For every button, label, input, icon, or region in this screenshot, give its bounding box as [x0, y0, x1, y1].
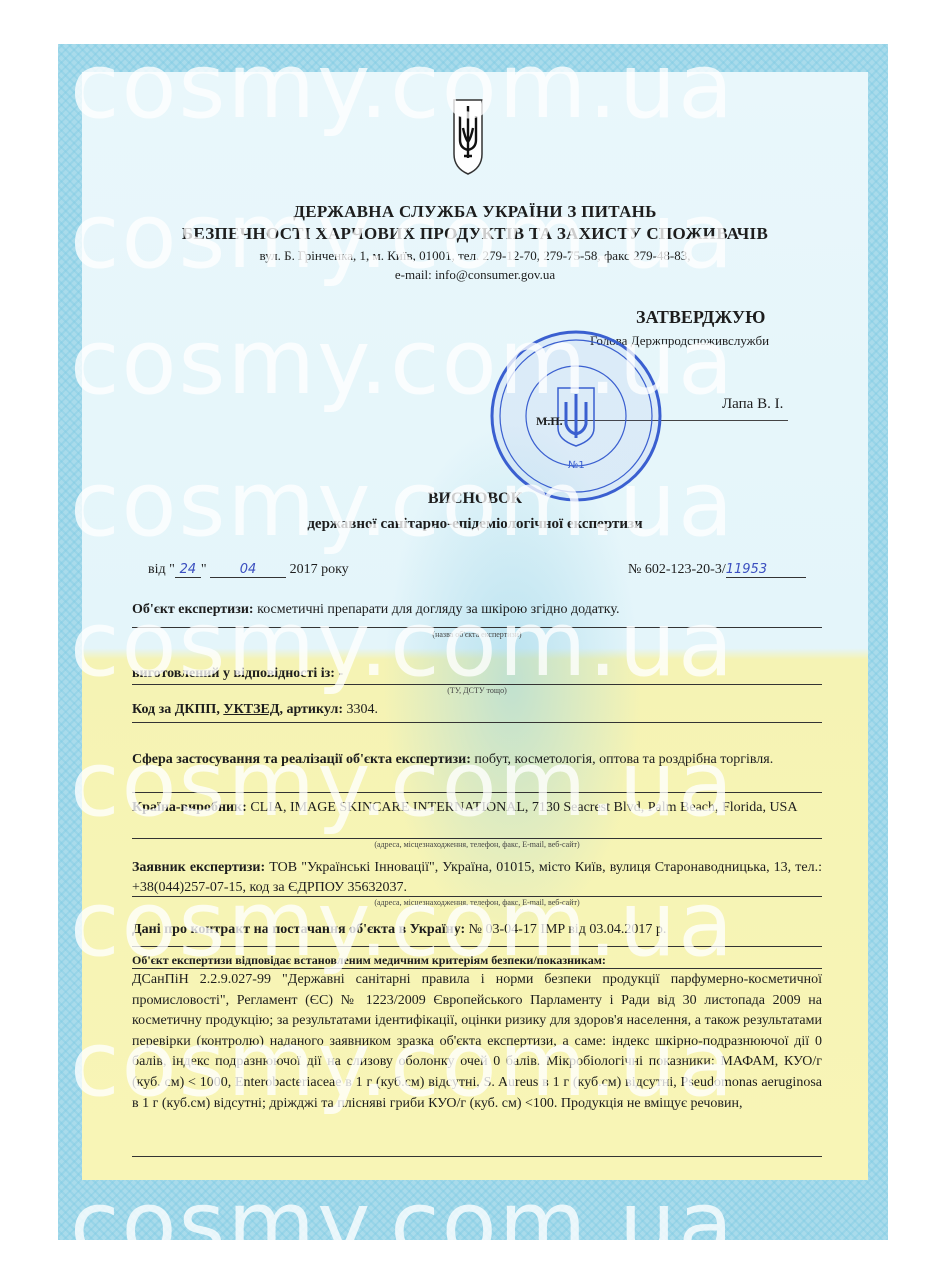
conformity-label: Об'єкт експертизи відповідає встановлени…: [132, 950, 822, 970]
made-in-accordance-field: виготовлений у відповідності із: -: [132, 664, 822, 684]
conformity-text: ДСанПіН 2.2.9.027-99 "Державні санітарні…: [132, 970, 822, 1114]
document-content: ДЕРЖАВНА СЛУЖБА УКРАЇНИ З ПИТАНЬ БЕЗПЕЧН…: [0, 0, 945, 1280]
sphere-field: Сфера застосування та реалізації об'єкта…: [132, 750, 822, 770]
divider: [132, 968, 822, 969]
official-stamp-icon: №1: [488, 328, 664, 504]
divider: [132, 684, 822, 685]
divider: [132, 722, 822, 723]
divider: [132, 1156, 822, 1157]
date-day: 24: [175, 562, 201, 578]
country-hint: (адреса, місцезнаходження, телефон, факс…: [132, 840, 822, 849]
org-name-line-1: ДЕРЖАВНА СЛУЖБА УКРАЇНИ З ПИТАНЬ: [100, 202, 850, 222]
divider: [132, 946, 822, 947]
country-field: Країна-виробник: CLIA, IMAGE SKINCARE IN…: [132, 798, 822, 818]
svg-text:№1: №1: [568, 460, 585, 471]
divider: [132, 627, 822, 628]
document-number: № 602-123-20-3/11953: [628, 562, 806, 578]
made-hint: (ТУ, ДСТУ тощо): [132, 686, 822, 695]
object-field: Об'єкт експертизи: косметичні препарати …: [132, 600, 822, 620]
signer-name: Лапа В. І.: [722, 396, 783, 413]
divider: [132, 838, 822, 839]
document-title: ВИСНОВОК: [100, 490, 850, 508]
trident-coat-of-arms-icon: [452, 98, 484, 176]
applicant-hint: (адреса, місцезнаходження, телефон, факс…: [132, 898, 822, 907]
contract-field: Дані про контракт на постачання об'єкта …: [132, 920, 822, 940]
date-month: 04: [210, 562, 286, 578]
document-number-value: 11953: [726, 562, 806, 578]
applicant-field: Заявник експертизи: ТОВ "Українські Інно…: [132, 858, 822, 898]
issue-date: від "24" 04 2017 року: [148, 562, 349, 578]
org-name-line-2: БЕЗПЕЧНОСТІ ХАРЧОВИХ ПРОДУКТІВ ТА ЗАХИСТ…: [100, 224, 850, 244]
code-field: Код за ДКПП, УКТЗЕД, артикул: 3304.: [132, 700, 822, 720]
stamp-place-mark: М.П.: [536, 414, 563, 429]
org-email: e-mail: info@consumer.gov.ua: [100, 267, 850, 283]
divider: [132, 896, 822, 897]
divider: [132, 792, 822, 793]
org-address: вул. Б. Грінченка, 1, м. Київ, 01001, те…: [100, 248, 850, 264]
date-year: 2017 року: [290, 562, 349, 577]
object-hint: (назва об'єкта експертизи): [132, 630, 822, 639]
document-subtitle: державної санітарно-епідеміологічної екс…: [100, 516, 850, 533]
approval-label: ЗАТВЕРДЖУЮ: [636, 307, 765, 328]
